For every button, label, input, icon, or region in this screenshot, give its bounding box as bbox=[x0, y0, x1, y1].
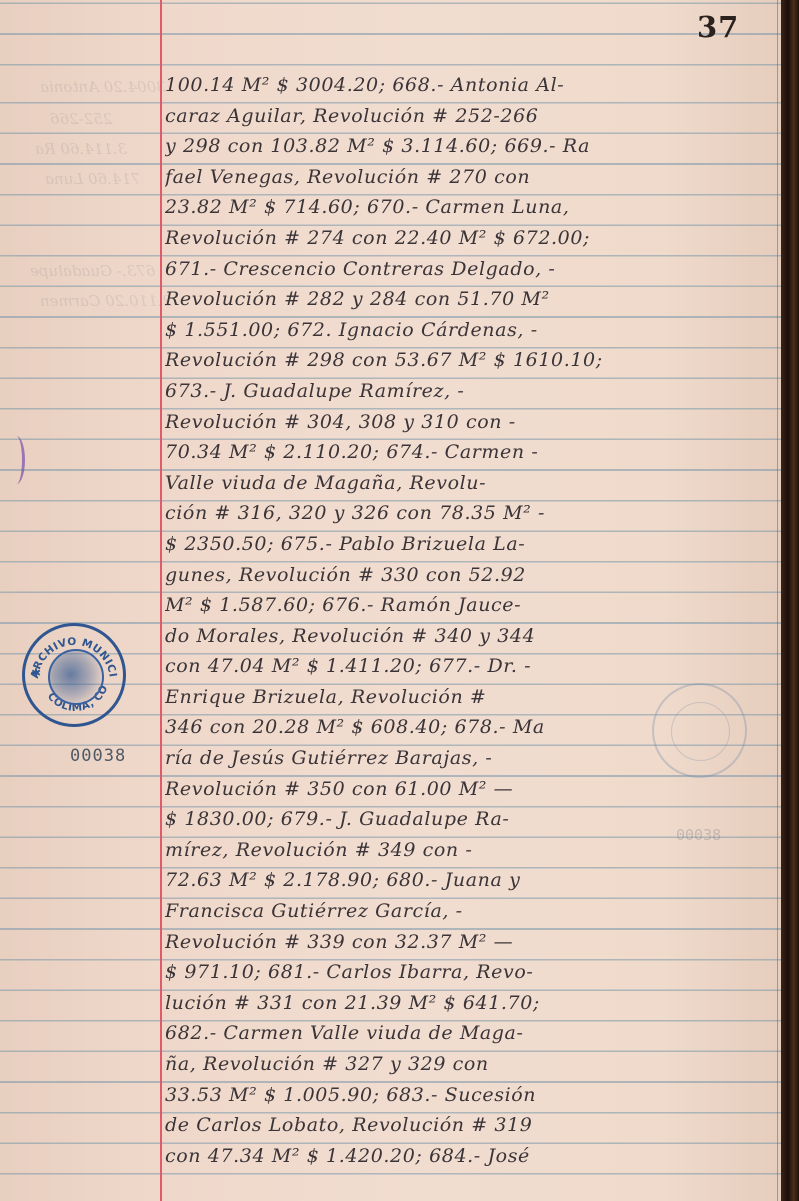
page-number: 37 bbox=[697, 10, 739, 44]
handwritten-line: Revolución # 274 con 22.40 M² $ 672.00; bbox=[165, 223, 775, 254]
bleed-through-text: 3.114.60 Ra bbox=[35, 140, 127, 158]
handwritten-line: $ 2350.50; 675.- Pablo Brizuela La- bbox=[165, 529, 775, 560]
handwritten-line: con 47.34 M² $ 1.420.20; 684.- José bbox=[165, 1141, 775, 1172]
handwritten-line: caraz Aguilar, Revolución # 252-266 bbox=[165, 101, 775, 132]
bleed-through-text: 2.110.20 Carmen bbox=[40, 292, 172, 310]
handwritten-line: 72.63 M² $ 2.178.90; 680.- Juana y bbox=[165, 865, 775, 896]
handwritten-line: ría de Jesús Gutiérrez Barajas, - bbox=[165, 743, 775, 774]
handwritten-line: mírez, Revolución # 349 con - bbox=[165, 835, 775, 866]
handwritten-line: Revolución # 350 con 61.00 M² — bbox=[165, 774, 775, 805]
handwritten-line: fael Venegas, Revolución # 270 con bbox=[165, 162, 775, 193]
bleed-through-text: 673.- Guadalupe bbox=[30, 262, 155, 280]
ledger-page: 3004.20 Antonia 252-266 3.114.60 Ra 714.… bbox=[0, 0, 781, 1201]
red-margin-line bbox=[160, 0, 162, 1201]
star-icon: ✱ bbox=[31, 666, 41, 680]
book-binding-edge bbox=[781, 0, 799, 1201]
bleed-through-text: 3004.20 Antonia bbox=[40, 78, 166, 96]
handwritten-line: 100.14 M² $ 3004.20; 668.- Antonia Al- bbox=[165, 70, 775, 101]
handwritten-entries: 100.14 M² $ 3004.20; 668.- Antonia Al- c… bbox=[165, 70, 775, 1171]
handwritten-line: $ 1830.00; 679.- J. Guadalupe Ra- bbox=[165, 804, 775, 835]
handwritten-line: 673.- J. Guadalupe Ramírez, - bbox=[165, 376, 775, 407]
handwritten-line: 682.- Carmen Valle viuda de Maga- bbox=[165, 1018, 775, 1049]
folio-number: 00038 bbox=[70, 746, 126, 766]
handwritten-line: M² $ 1.587.60; 676.- Ramón Jauce- bbox=[165, 590, 775, 621]
handwritten-line: Revolución # 298 con 53.67 M² $ 1610.10; bbox=[165, 345, 775, 376]
handwritten-line: ña, Revolución # 327 y 329 con bbox=[165, 1049, 775, 1080]
archivo-municipal-stamp: ARCHIVO MUNICIPAL COLIMA, COL. ✱ bbox=[22, 623, 126, 727]
handwritten-line: Revolución # 339 con 32.37 M² — bbox=[165, 927, 775, 958]
handwritten-line: ción # 316, 320 y 326 con 78.35 M² - bbox=[165, 498, 775, 529]
handwritten-line: y 298 con 103.82 M² $ 3.114.60; 669.- Ra bbox=[165, 131, 775, 162]
handwritten-line: Revolución # 304, 308 y 310 con - bbox=[165, 407, 775, 438]
handwritten-line: $ 1.551.00; 672. Ignacio Cárdenas, - bbox=[165, 315, 775, 346]
purple-bracket-mark bbox=[8, 436, 25, 484]
page-edge-line bbox=[777, 0, 778, 1201]
handwritten-line: 23.82 M² $ 714.60; 670.- Carmen Luna, bbox=[165, 192, 775, 223]
handwritten-line: do Morales, Revolución # 340 y 344 bbox=[165, 621, 775, 652]
handwritten-line: $ 971.10; 681.- Carlos Ibarra, Revo- bbox=[165, 957, 775, 988]
bleed-through-text: 252-266 bbox=[50, 110, 112, 128]
handwritten-line: 70.34 M² $ 2.110.20; 674.- Carmen - bbox=[165, 437, 775, 468]
handwritten-line: gunes, Revolución # 330 con 52.92 bbox=[165, 560, 775, 591]
handwritten-line: con 47.04 M² $ 1.411.20; 677.- Dr. - bbox=[165, 651, 775, 682]
stamp-seal-emblem bbox=[48, 649, 104, 705]
handwritten-line: Enrique Brizuela, Revolución # bbox=[165, 682, 775, 713]
handwritten-line: 33.53 M² $ 1.005.90; 683.- Sucesión bbox=[165, 1080, 775, 1111]
handwritten-line: Valle viuda de Magaña, Revolu- bbox=[165, 468, 775, 499]
handwritten-line: 671.- Crescencio Contreras Delgado, - bbox=[165, 254, 775, 285]
handwritten-line: Revolución # 282 y 284 con 51.70 M² bbox=[165, 284, 775, 315]
handwritten-line: Francisca Gutiérrez García, - bbox=[165, 896, 775, 927]
bleed-through-text: 714.60 Luna bbox=[45, 170, 140, 188]
handwritten-line: 346 con 20.28 M² $ 608.40; 678.- Ma bbox=[165, 712, 775, 743]
handwritten-line: lución # 331 con 21.39 M² $ 641.70; bbox=[165, 988, 775, 1019]
handwritten-line: de Carlos Lobato, Revolución # 319 bbox=[165, 1110, 775, 1141]
